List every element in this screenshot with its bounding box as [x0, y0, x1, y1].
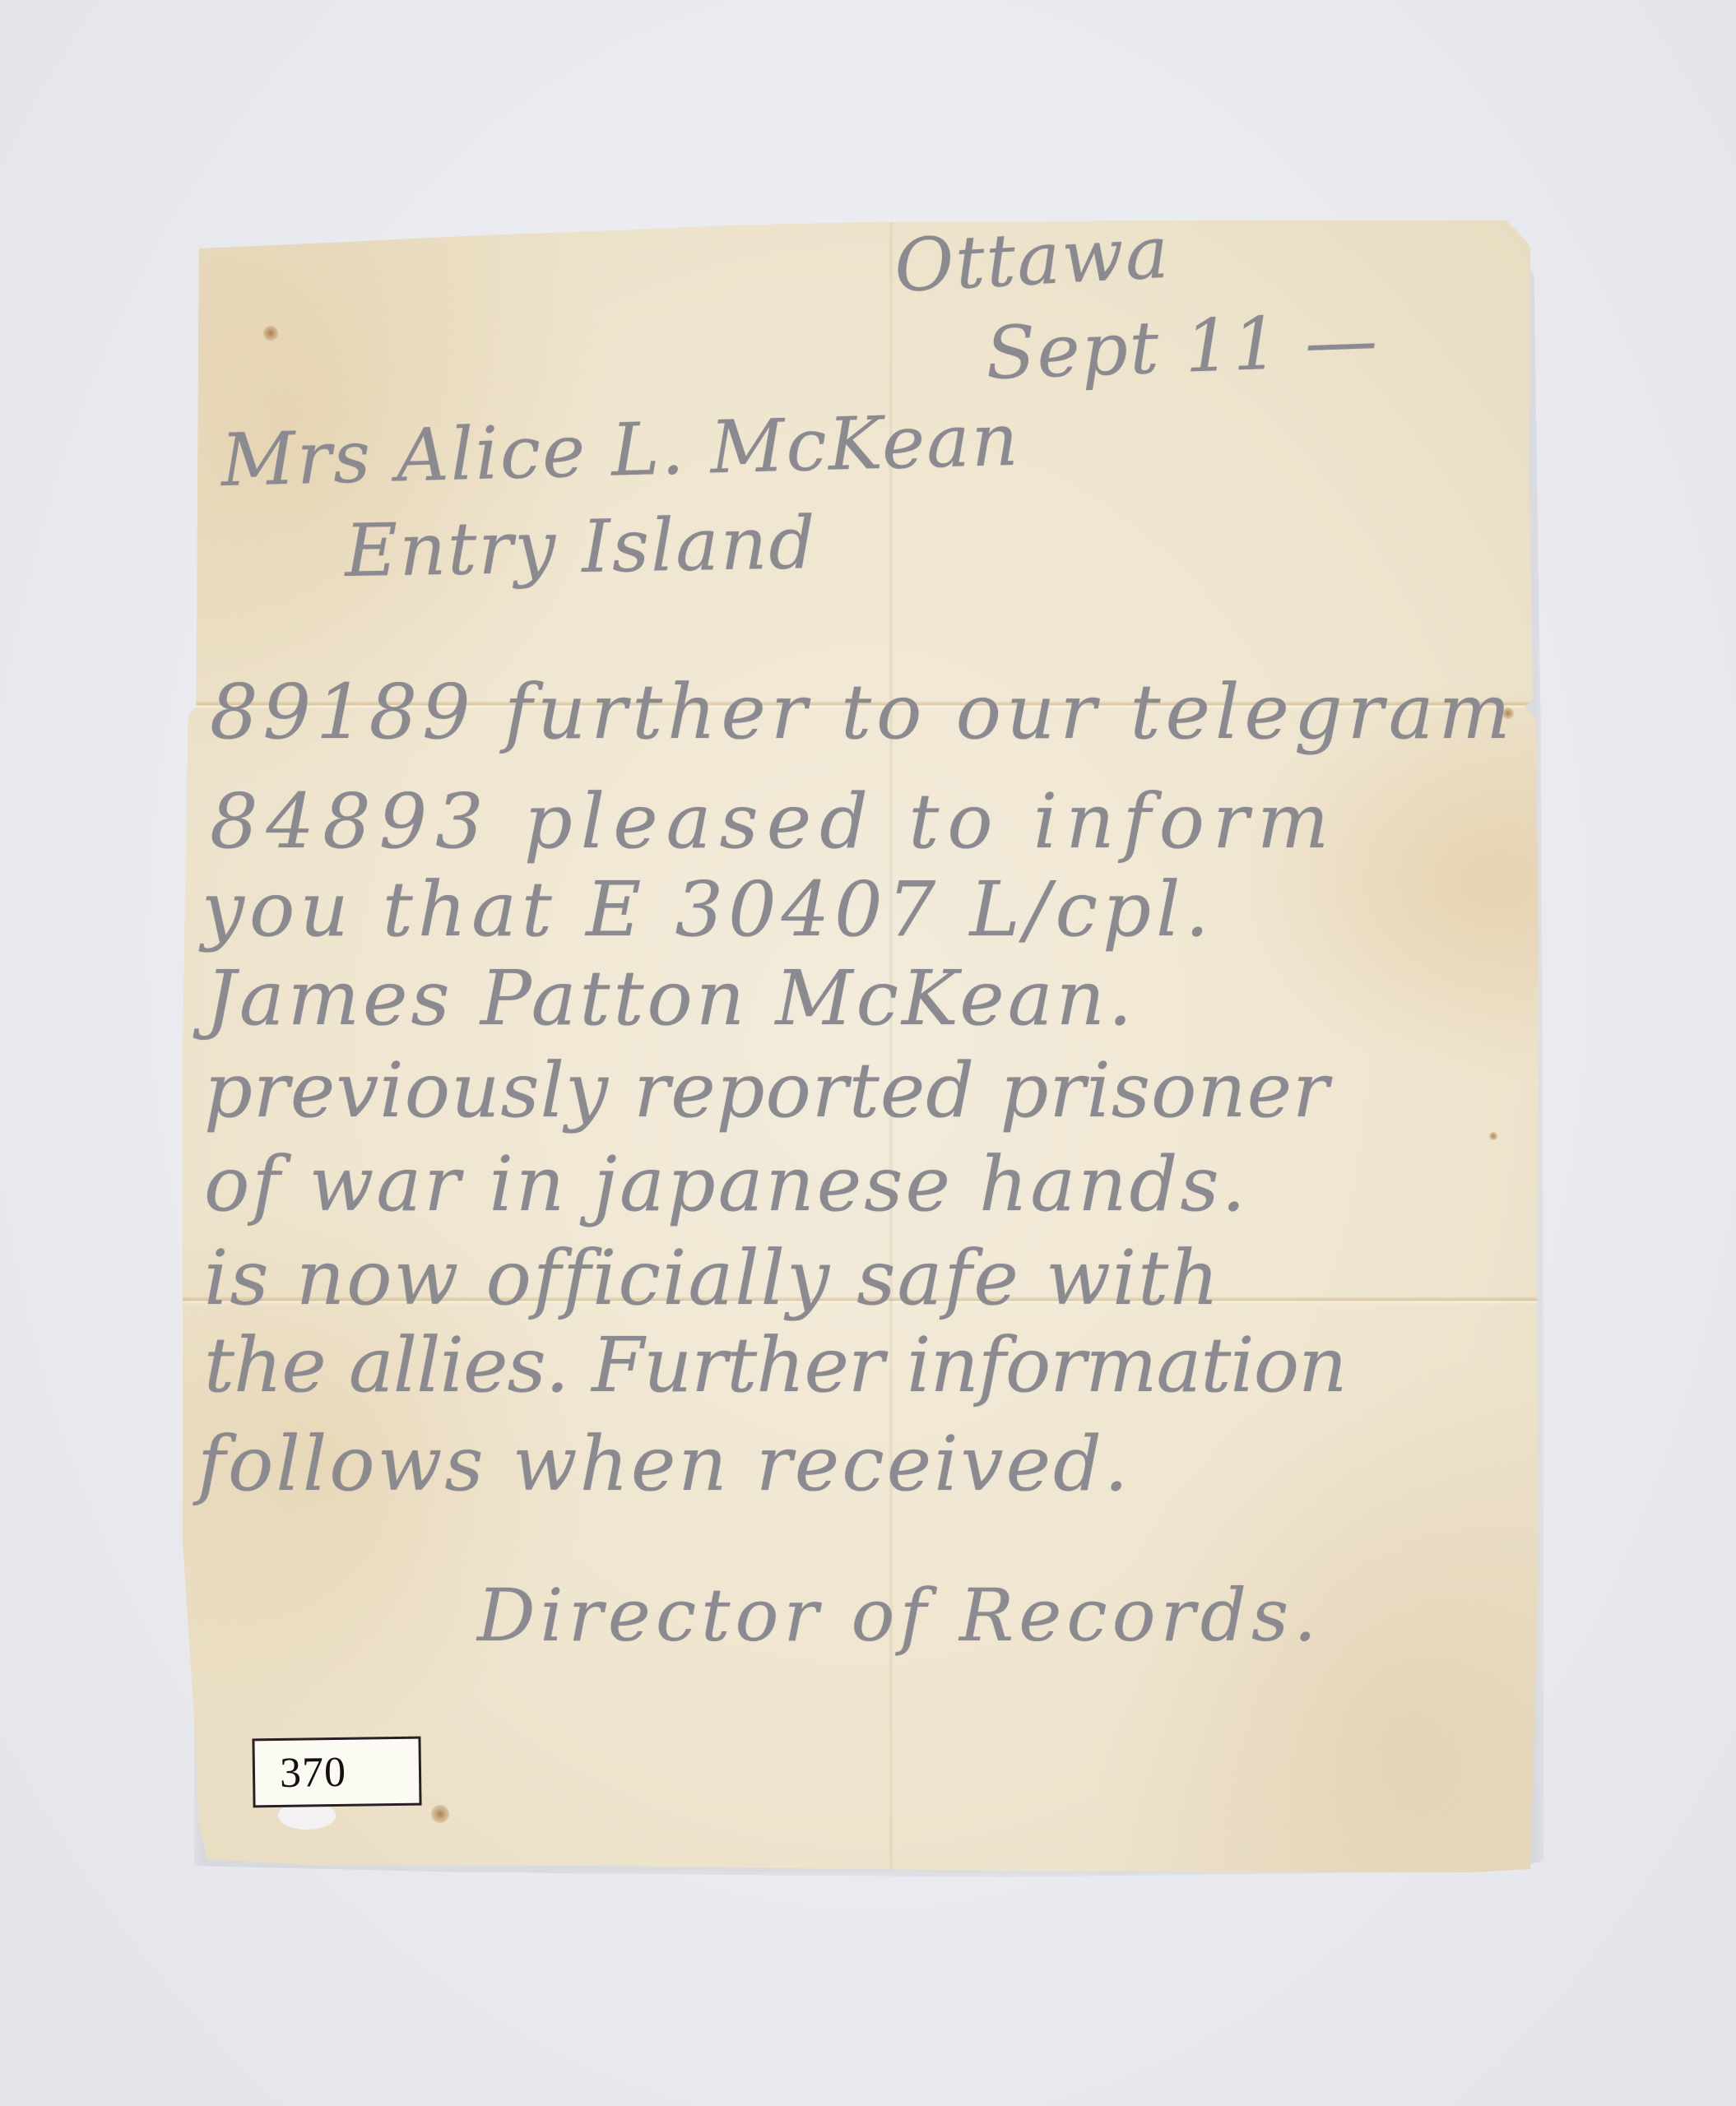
lot-number-tag: 370	[252, 1737, 421, 1808]
addressee-location: Entry Island	[344, 500, 817, 593]
signature: Director of Records.	[477, 1573, 1321, 1658]
body-line-7: is now officially safe with	[204, 1234, 1221, 1322]
body-line-9: follows when received.	[197, 1420, 1130, 1508]
body-line-1: 89189 further to our telegram	[210, 668, 1516, 756]
letter-date: Sept 11 —	[984, 297, 1380, 396]
body-line-2: 84893 pleased to inform	[210, 777, 1337, 865]
body-line-6: of war in japanese hands.	[204, 1140, 1248, 1228]
body-line-8: the allies. Further information	[204, 1321, 1346, 1409]
lot-number: 370	[280, 1747, 347, 1797]
stain-spot	[263, 326, 278, 341]
letter-place: Ottawa	[893, 210, 1172, 308]
body-line-5: previously reported prisoner	[204, 1046, 1330, 1134]
stain-spot	[1489, 1132, 1497, 1140]
body-line-4: James Patton McKean.	[206, 954, 1135, 1042]
stain-spot	[431, 1805, 449, 1823]
body-line-3: you that E 30407 L/cpl.	[202, 865, 1214, 953]
